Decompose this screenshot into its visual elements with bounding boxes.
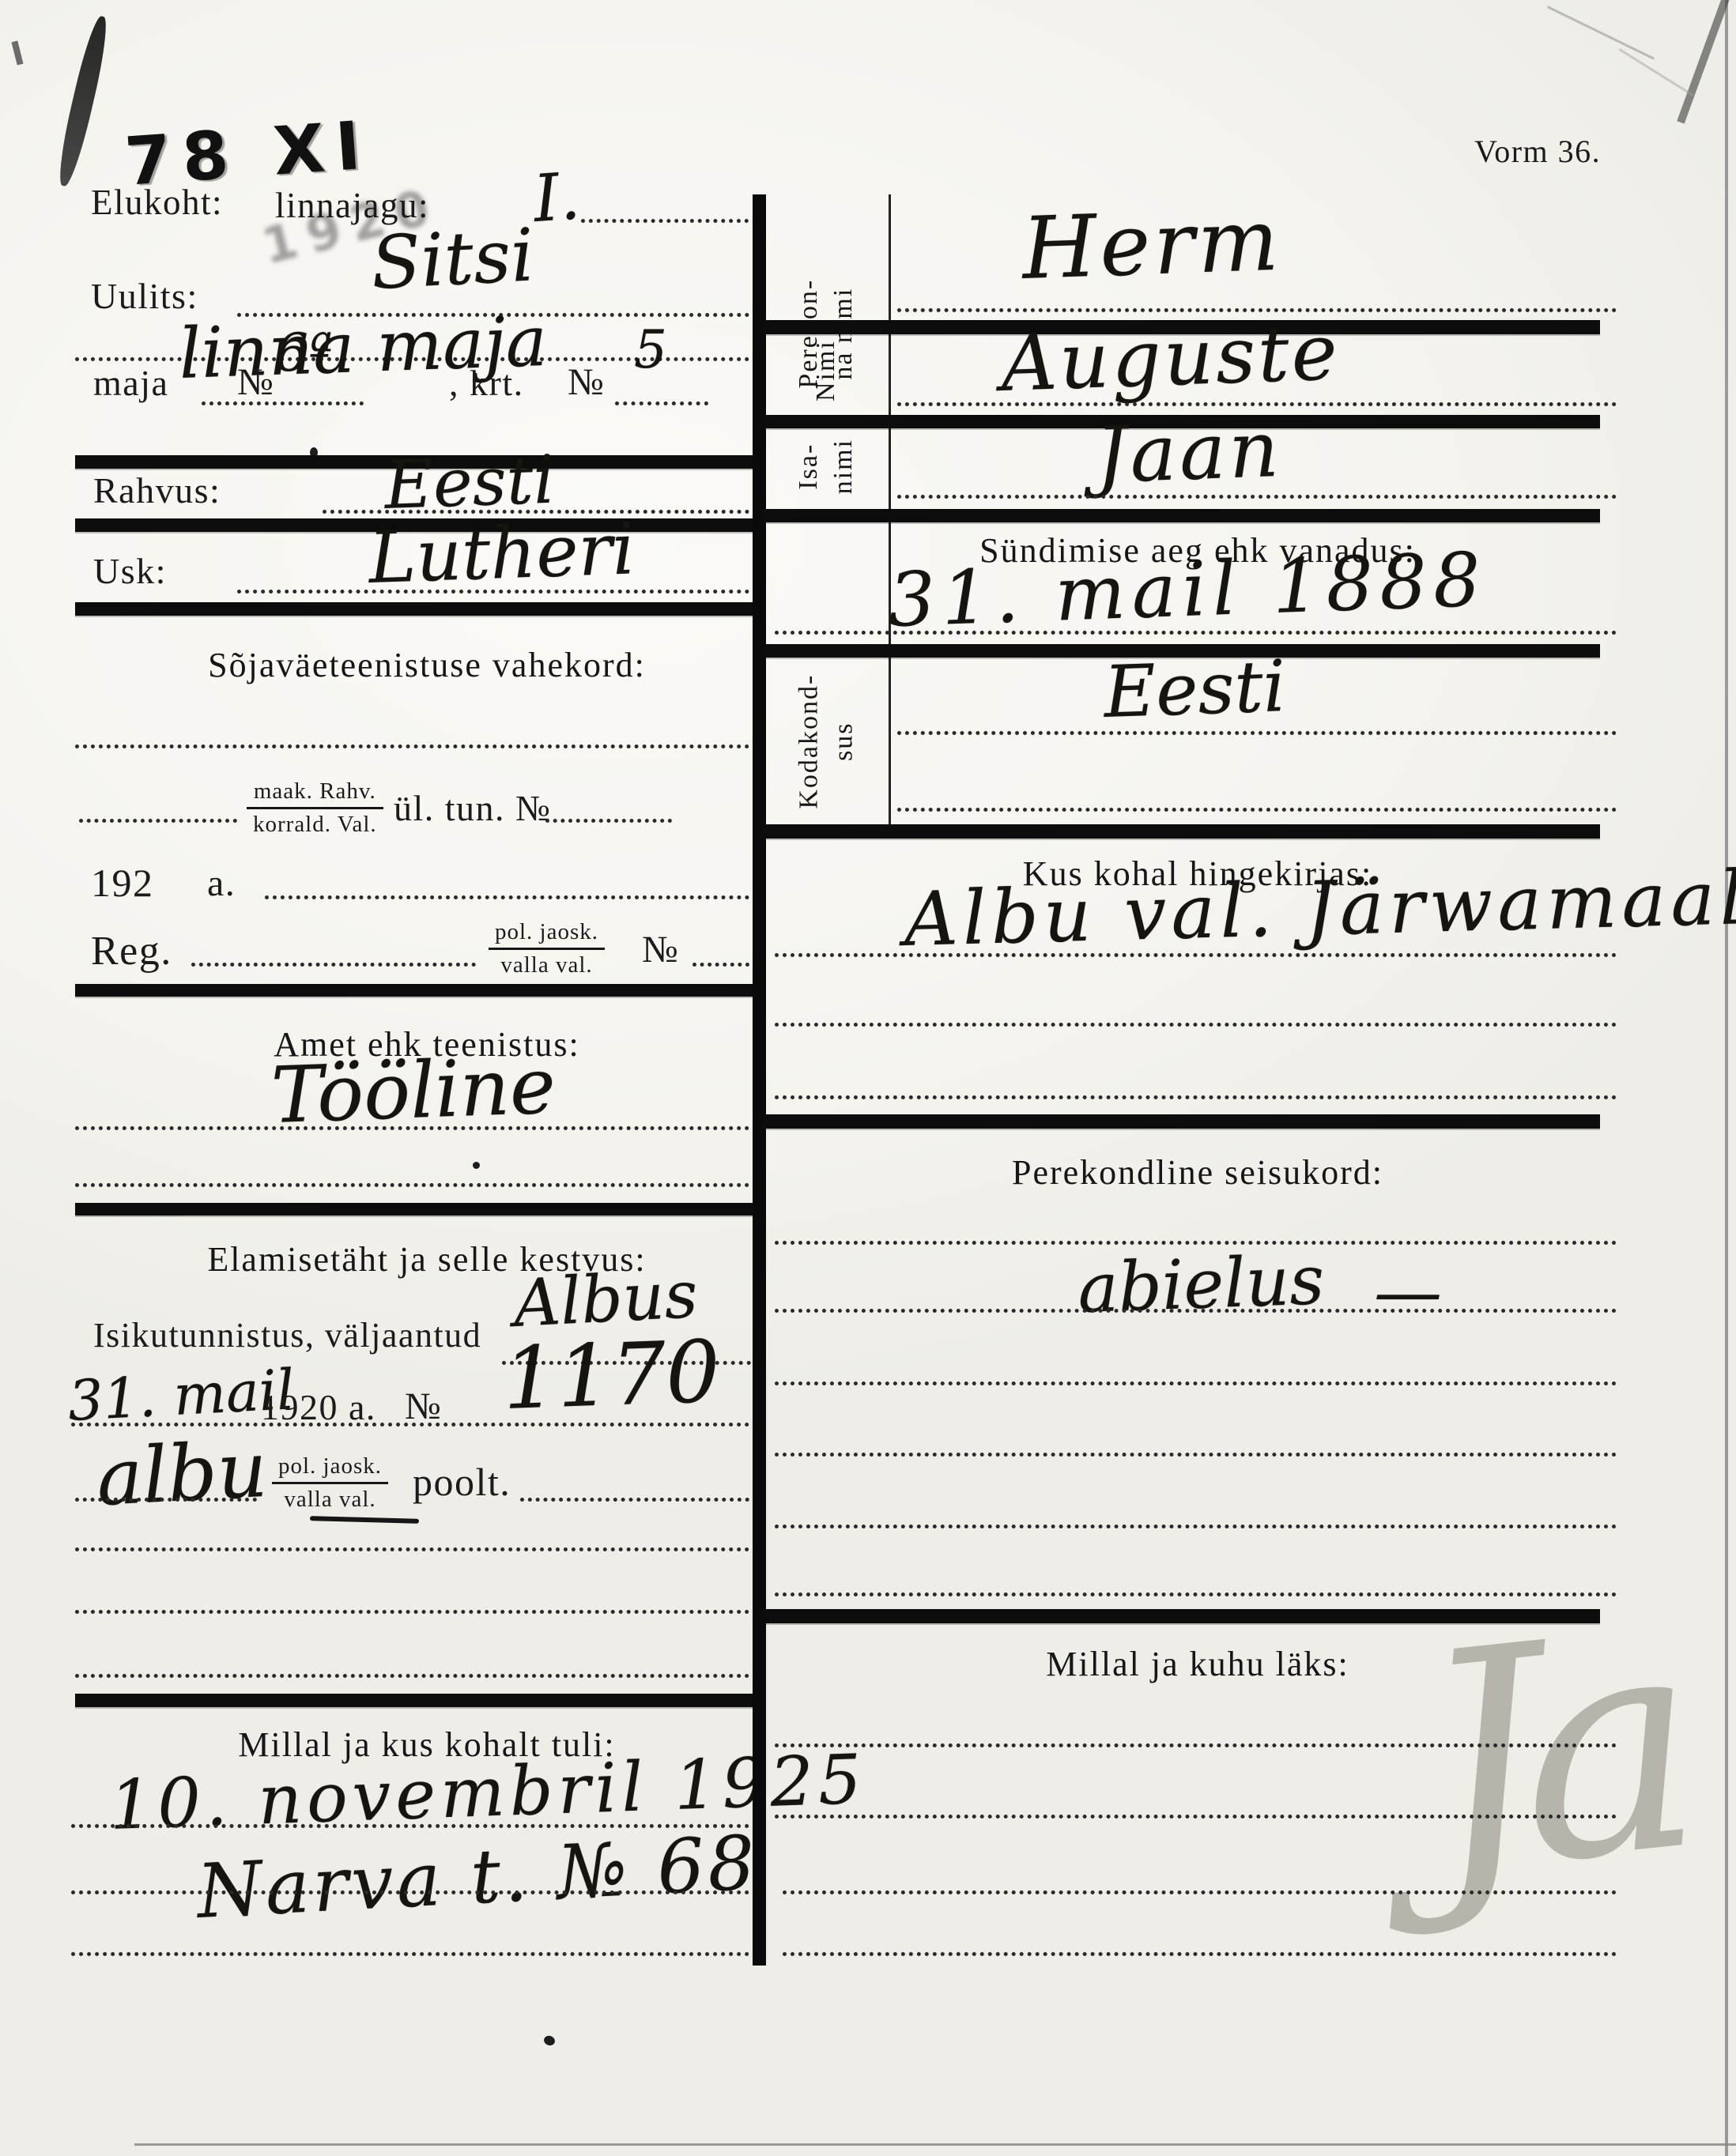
firstname-side-label: Nimi (764, 330, 889, 411)
field-marital-status-dash: — (1374, 1258, 1442, 1326)
field-maja-value: 6ª (275, 327, 333, 379)
marital-status-heading: Perekondline seisukord: (779, 1155, 1617, 1190)
scan-artifact-right-edge-line (1725, 0, 1728, 2156)
scan-speck (542, 2034, 556, 2047)
dotted-writing-line (75, 1126, 749, 1130)
dotted-writing-line (775, 953, 1617, 957)
field-surname-value: Herm (1021, 198, 1283, 292)
dotted-writing-line (775, 1815, 1617, 1819)
field-poolt-label: poolt. (413, 1462, 511, 1502)
dotted-writing-line (775, 1743, 1617, 1747)
reg-fraction-label: pol. jaosk. valla val. (489, 918, 605, 979)
field-maja-no-sign: № (237, 364, 274, 401)
field-uulits-value: Sitsi (369, 219, 536, 300)
dotted-writing-line (520, 1498, 749, 1502)
pencil-note: Ja (1408, 1592, 1690, 1917)
dotted-writing-line (775, 1241, 1617, 1245)
reg-fraction-bottom: valla val. (489, 950, 605, 979)
dotted-writing-line (775, 631, 1617, 635)
section-divider-bar (75, 602, 755, 616)
issuer-fraction-bottom: valla val. (272, 1484, 388, 1513)
dotted-writing-line (775, 1309, 1617, 1313)
field-issue-year-label: 1920 a. (261, 1389, 376, 1426)
field-krt-value: 5 (634, 324, 667, 376)
dotted-writing-line (897, 495, 1617, 499)
reg-fraction-top: pol. jaosk. (489, 918, 605, 950)
dotted-writing-line (75, 1674, 749, 1678)
maak-rahv-fraction-label: maak. Rahv. korrald. Val. (247, 778, 383, 839)
dotted-writing-line (71, 1952, 749, 1956)
maak-rahv-fraction-bottom: korrald. Val. (247, 809, 383, 839)
field-rahvus-value: Eesti (383, 447, 556, 518)
field-rahvus-label: Rahvus: (93, 473, 221, 509)
section-divider-bar (75, 1694, 755, 1707)
scan-speck (473, 1162, 480, 1169)
field-linnajagu-label: linnajagu: (275, 188, 429, 224)
field-reg-no-sign: № (642, 931, 679, 969)
section-divider-bar (760, 509, 1600, 522)
dotted-writing-line (71, 1890, 749, 1894)
field-parish-registry-value: Albu val. Järwamaal (904, 861, 1736, 958)
dotted-writing-line (202, 401, 364, 405)
citizenship-side-label-text: Kodakond- sus (791, 674, 861, 809)
issuer-fraction-top: pol. jaosk. (272, 1453, 388, 1484)
field-linnajagu-value: I. (531, 164, 582, 232)
field-issuer-value: albu (95, 1431, 269, 1517)
field-krt-no-sign: № (568, 364, 605, 401)
field-year-suffix: a. (207, 865, 236, 903)
form-code: Vorm 36. (1474, 136, 1601, 168)
dotted-writing-line (75, 1610, 749, 1614)
field-occupation-value: Tööline (270, 1048, 557, 1135)
field-birthdate-value: 31. mail 1888 (887, 544, 1489, 639)
field-arrival-address-value: Narva t. № 68 (195, 1826, 760, 1930)
section-divider-bar (75, 1203, 755, 1216)
dotted-writing-line (191, 963, 476, 967)
dotted-writing-line (775, 1023, 1617, 1027)
citizenship-side-label: Kodakond- sus (764, 662, 889, 820)
section-divider-bar (75, 984, 755, 997)
field-maja-label: maja (93, 365, 168, 401)
field-reg-label: Reg. (91, 931, 172, 972)
dotted-writing-line (545, 819, 672, 823)
field-krt-label: , krt. (449, 365, 524, 401)
fathername-side-label-text: Isa- nimi (791, 439, 861, 494)
field-elukoht-label: Elukoht: (91, 185, 223, 220)
fathername-side-label: Isa- nimi (764, 427, 889, 506)
dotted-writing-line (75, 1498, 257, 1502)
scanned-form-page: Vorm 36. 1920 78 XI Elukoht: linnajagu: … (0, 0, 1736, 2156)
dotted-writing-line (265, 895, 749, 899)
dotted-writing-line (783, 1952, 1617, 1956)
dotted-writing-line (615, 401, 708, 405)
handwritten-underline (310, 1516, 419, 1524)
field-isikutunnistus-label: Isikutunnistus, väljaantud (93, 1318, 481, 1353)
dotted-writing-line (79, 819, 237, 823)
scan-artifact-top-right-scratch (1547, 6, 1655, 59)
scan-artifact-bottom-edge-line (134, 2143, 1736, 2146)
dotted-writing-line (581, 219, 749, 223)
field-issue-no-sign: № (405, 1388, 442, 1426)
dotted-writing-line (75, 1547, 749, 1551)
dotted-writing-line (693, 963, 749, 967)
field-issue-number-value: 1170 (501, 1329, 721, 1423)
scan-artifact-corner-streak (54, 14, 113, 188)
issuer-fraction-label: pol. jaosk. valla val. (272, 1453, 388, 1513)
dotted-writing-line (775, 1095, 1617, 1099)
firstname-side-label-text: Nimi (809, 340, 843, 401)
military-section-heading: Sõjaväeteenistuse vahekord: (79, 648, 775, 683)
section-divider-bar (760, 1114, 1600, 1129)
field-year-prefix: 192 (91, 863, 154, 903)
dotted-writing-line (775, 1453, 1617, 1457)
field-usk-value: Lutheri (368, 514, 636, 594)
dotted-writing-line (897, 731, 1617, 735)
field-citizenship-value: Eesti (1103, 651, 1287, 729)
maak-rahv-fraction-top: maak. Rahv. (247, 778, 383, 809)
dotted-writing-line (775, 1525, 1617, 1528)
field-uulits-label: Uulits: (91, 278, 198, 315)
section-divider-bar (760, 824, 1600, 839)
scan-artifact-top-right-scratch2 (1619, 48, 1694, 96)
dotted-writing-line (75, 1183, 749, 1187)
scan-artifact-right-corner-streak (1677, 0, 1730, 124)
dotted-writing-line (75, 744, 749, 748)
dotted-writing-line (897, 808, 1617, 812)
field-firstname-value: Auguste (1000, 314, 1342, 403)
dotted-writing-line (783, 1890, 1617, 1894)
field-usk-label: Usk: (93, 553, 167, 590)
field-fathername-value: Jaan (1095, 411, 1284, 495)
dotted-writing-line (775, 1381, 1617, 1385)
field-ul-tun-label: ül. tun. № (394, 790, 551, 827)
scan-artifact-top-left-tick (11, 40, 23, 65)
dotted-writing-line (71, 1423, 749, 1427)
